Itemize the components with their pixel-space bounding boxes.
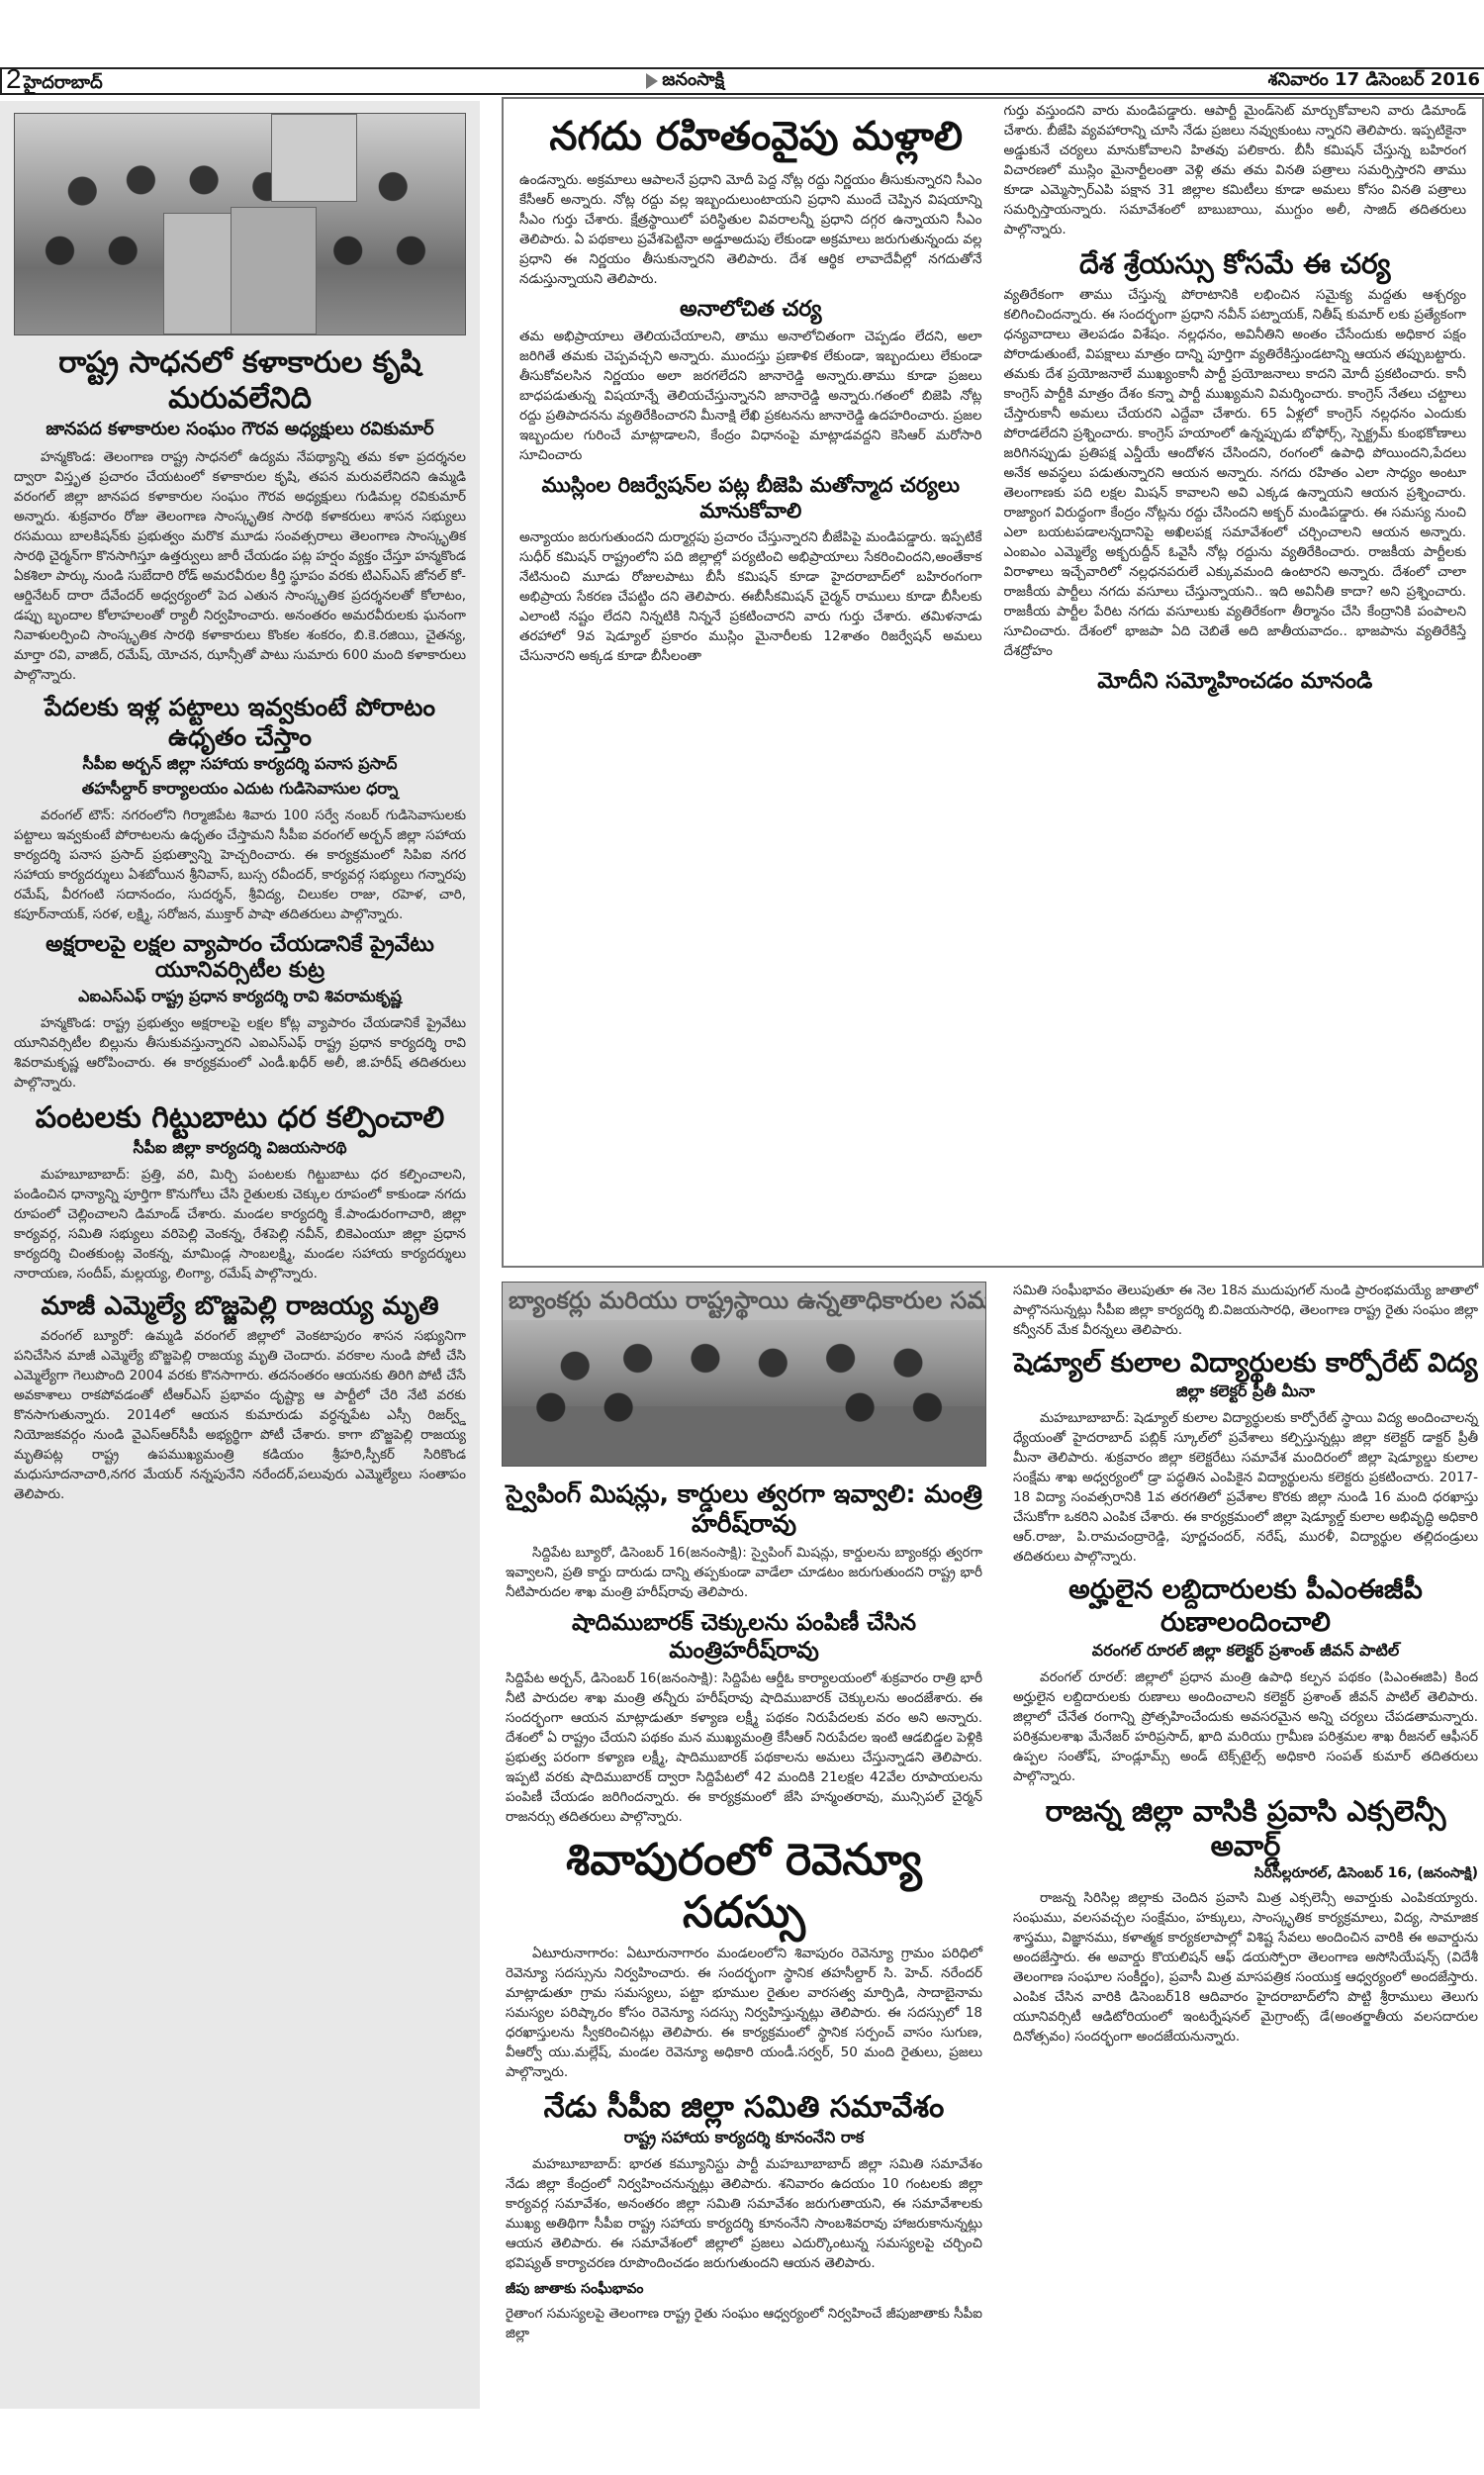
headline: నేడు సీపీఐ జిల్లా సమితి సమావేశం: [506, 2090, 982, 2126]
subheadline: ఎఐఎస్ఎఫ్ రాష్ట్ర ప్రధాన కార్యదర్శి రావి …: [14, 987, 466, 1009]
headline: రాష్ట్ర సాధనలో కళాకారుల కృషి మరువలేనిది: [14, 345, 466, 417]
logo-text: జనంసాక్షి: [662, 69, 724, 94]
article-body: హన్మకొండ: రాష్ట్ర ప్రభుత్వం అక్షరాలపై లక…: [14, 1013, 466, 1093]
lead-headline: నగదు రహితంవైపు మళ్లాలి: [519, 113, 993, 160]
section-heading: మోదీని సమ్మోహించడం మానండి: [1004, 669, 1467, 695]
subheadline: రాష్ట్ర సహాయ కార్యదర్శి కూనంనేని రాక: [506, 2128, 982, 2150]
article-crop-prices: పంటలకు గిట్టుబాటు ధర కల్పించాలి సీపీఐ జి…: [14, 1100, 466, 1284]
headline: పంటలకు గిట్టుబాటు ధర కల్పించాలి: [14, 1100, 466, 1136]
lead-story-left-column: ఉండన్నారు. అక్రమాలు ఆపాలనే ప్రధాని మోదీ …: [519, 166, 982, 1245]
article-body: వరంగల్ రూరల్: జిల్లాలో ప్రధాన మంత్రి ఉపా…: [1013, 1667, 1478, 1786]
section-heading: దేశ శ్రేయస్సు కోసమే ఈ చర్య: [1004, 247, 1467, 281]
page-number: 2: [6, 65, 22, 93]
headline: స్వైపింగ్ మిషన్లు, కార్డులు త్వరగా ఇవ్వా…: [506, 1479, 982, 1539]
middle-column: స్వైపింగ్ మిషన్లు, కార్డులు త్వరగా ఇవ్వా…: [502, 1479, 986, 2410]
article-pravasi-award: రాజన్న జిల్లా వాసికి ప్రవాసి ఎక్సలెన్సీ …: [1013, 1794, 1478, 2047]
article-former-mla: మాజీ ఎమ్మెల్యే బొజ్జపెల్లి రాజయ్య మృతి వ…: [14, 1291, 466, 1504]
sub-section-heading: జీపు జాతాకు సంఘీభావం: [506, 2281, 982, 2300]
newspaper-logo: జనంసాక్షి: [646, 69, 724, 94]
right-column: సమితి సంఘీభావం తెలుపుతూ ఈ నెల 18న ముదుపు…: [1009, 1277, 1482, 2410]
left-column: రాష్ట్ర సాధనలో కళాకారుల కృషి మరువలేనిది …: [0, 101, 480, 2409]
article-body: వరంగల్ బ్యూరో: ఉమ్మడి వరంగల్ జిల్లాలో వె…: [14, 1326, 466, 1504]
article-body: రాజన్న సిరిసిల్ల జిల్లాకు చెందిన ప్రవాసి…: [1013, 1888, 1478, 2047]
article-body: అన్యాయం జరుగుతుందని దుర్మార్గపు ప్రచారం …: [519, 527, 982, 666]
dateline: సిరిసిల్లరూరల్, డిసెంబర్ 16, (జనంసాక్షి): [1013, 1865, 1478, 1884]
subheadline: సీపీఐ అర్బన్ జిల్లా సహాయ కార్యదర్శి పనాస…: [14, 754, 466, 777]
article-revenue-sadassu: శివాపురంలో రెవెన్యూ సదస్సు ఏటూరునాగారం: …: [506, 1835, 982, 2082]
article-body: హన్మకొండ: తెలంగాణ రాష్ట్ర సాధనలో ఉద్యమ న…: [14, 447, 466, 685]
bankers-meeting-photo: బ్యాంకర్లు మరియు రాష్ట్రస్థాయి ఉన్నతాధిక…: [502, 1282, 986, 1467]
article-swiping-machines: స్వైపింగ్ మిషన్లు, కార్డులు త్వరగా ఇవ్వా…: [506, 1479, 982, 1602]
article-sc-students: షెడ్యూల్ కులాల విద్యార్థులకు కార్పోరేట్ …: [1013, 1348, 1478, 1567]
headline: అర్హులైన లబ్దిదారులకు పీఎంఈజీపీ రుణాలంది…: [1013, 1574, 1478, 1639]
article-body: సిద్దిపేట బ్యూరో, డిసెంబర్ 16(జనంసాక్షి)…: [506, 1543, 982, 1602]
article-pmegp-loans: అర్హులైన లబ్దిదారులకు పీఎంఈజీపీ రుణాలంది…: [1013, 1574, 1478, 1786]
lead-story-right-column: గుర్తు వస్తుందని వారు మండిపడ్డారు. ఆపార్…: [1004, 97, 1467, 1245]
subheadline: సీపీఐ జిల్లా కార్యదర్శి విజయసారథి: [14, 1138, 466, 1161]
continued-text: సమితి సంఘీభావం తెలుపుతూ ఈ నెల 18న ముదుపు…: [1013, 1281, 1478, 1340]
subheadline: జానపద కళాకారుల సంఘం గౌరవ అధ్యక్షులు రవిక…: [14, 419, 466, 443]
article-body: ఉండన్నారు. అక్రమాలు ఆపాలనే ప్రధాని మోదీ …: [519, 170, 982, 289]
headline: అక్షరాలపై లక్షల వ్యాపారం చేయడానికే ప్రైవ…: [14, 932, 466, 985]
headline: పేదలకు ఇళ్ల పట్టాలు ఇవ్వకుంటే పోరాటం ఉధృ…: [14, 693, 466, 752]
headline: శివాపురంలో రెవెన్యూ సదస్సు: [506, 1835, 982, 1940]
meeting-attendees: [503, 1312, 985, 1466]
article-house-pattas: పేదలకు ఇళ్ల పట్టాలు ఇవ్వకుంటే పోరాటం ఉధృ…: [14, 693, 466, 924]
article-body: మహబూబాబాద్: ప్రత్తి, వరి, మిర్చి పంటలకు …: [14, 1165, 466, 1284]
poster-portrait: [163, 213, 235, 334]
article-private-universities: అక్షరాలపై లక్షల వ్యాపారం చేయడానికే ప్రైవ…: [14, 932, 466, 1093]
logo-arrow-icon: [646, 73, 658, 89]
lead-story-box: నగదు రహితంవైపు మళ్లాలి ఉండన్నారు. అక్రమా…: [502, 97, 1484, 1268]
section-heading: అనాలోచిత చర్య: [519, 297, 982, 323]
article-artists: రాష్ట్ర సాధనలో కళాకారుల కృషి మరువలేనిది …: [14, 345, 466, 685]
page-label: 2 హైదరాబాద్: [6, 65, 103, 97]
article-body: ఏటూరునాగారం: ఏటూరునాగారం మండలంలోని శివాప…: [506, 1944, 982, 2082]
section-name: హైదరాబాద్: [24, 72, 103, 97]
masthead: 2 హైదరాబాద్ జనంసాక్షి శనివారం 17 డిసెంబర…: [0, 67, 1484, 95]
subheadline: జిల్లా కలెక్టర్ ప్రీతీ మీనా: [1013, 1381, 1478, 1404]
headline: షాదిముబారక్ చెక్కులను పంపిణీ చేసిన మంత్ర…: [506, 1610, 982, 1665]
headline: రాజన్న జిల్లా వాసికి ప్రవాసి ఎక్సలెన్సీ …: [1013, 1794, 1478, 1863]
issue-date: శనివారం 17 డిసెంబర్ 2016: [1268, 69, 1480, 94]
headline: షెడ్యూల్ కులాల విద్యార్థులకు కార్పోరేట్ …: [1013, 1348, 1478, 1380]
section-heading: ముస్లింల రిజర్వేషన్‌ల పట్ల బీజెపి మతోన్మ…: [519, 473, 982, 523]
article-body: రైతాంగ సమస్యలపై తెలంగాణ రాష్ట్ర రైతు సంఘ…: [506, 2304, 982, 2343]
article-body: మహబూబాబాద్: షెడ్యూల్ కులాల విద్యార్థులకు…: [1013, 1408, 1478, 1567]
article-body: గుర్తు వస్తుందని వారు మండిపడ్డారు. ఆపార్…: [1004, 101, 1467, 239]
subheadline-2: తహసీల్దార్ కార్యాలయం ఎదుట గుడిసెవాసుల ధర…: [14, 779, 466, 802]
headline: మాజీ ఎమ్మెల్యే బొజ్జపెల్లి రాజయ్య మృతి: [14, 1291, 466, 1322]
poster-portrait: [231, 207, 316, 334]
article-body: సిద్దిపేట అర్బన్, డిసెంబర్ 16(జనంసాక్షి)…: [506, 1668, 982, 1827]
article-body: వ్యతిరేకంగా తాము చేస్తున్న పోరాటానికి లభ…: [1004, 285, 1467, 661]
rally-photo: [14, 113, 466, 335]
article-body: మహబూబాబాద్: భారత కమ్యూనిస్టు పార్టీ మహబూ…: [506, 2154, 982, 2273]
article-cpi-meeting: నేడు సీపీఐ జిల్లా సమితి సమావేశం రాష్ట్ర …: [506, 2090, 982, 2343]
article-body: తమ అభిప్రాయాలు తెలియచేయాలని, తాము అనాలోచ…: [519, 327, 982, 465]
banner-portrait: [271, 114, 356, 202]
article-body: వరంగల్ టౌన్: నగరంలోని గిర్మాజిపేట శివారు…: [14, 806, 466, 924]
article-shadi-mubarak: షాదిముబారక్ చెక్కులను పంపిణీ చేసిన మంత్ర…: [506, 1610, 982, 1827]
subheadline: వరంగల్ రూరల్ జిల్లా కలెక్టర్ ప్రశాంత్ జీ…: [1013, 1641, 1478, 1664]
